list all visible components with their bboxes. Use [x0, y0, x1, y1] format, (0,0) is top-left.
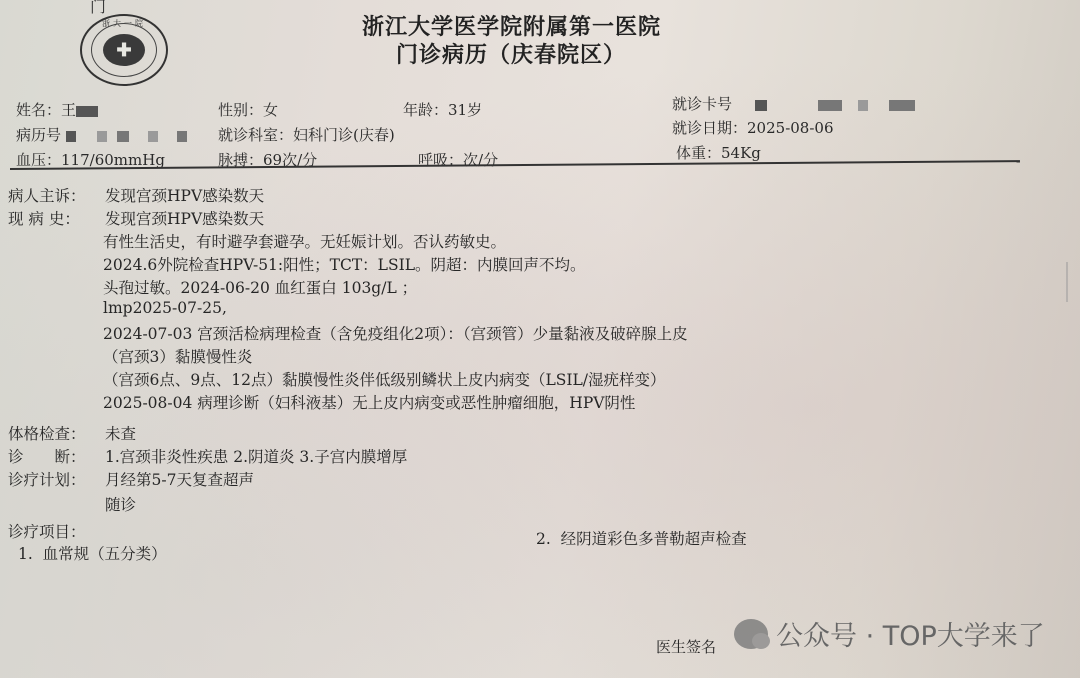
visit-date-field: 就诊日期：2025-08-06 [672, 117, 834, 138]
record-no-redaction [177, 131, 187, 142]
sex-value: 女 [263, 101, 278, 119]
present-illness-line: 发现宫颈HPV感染数天 [105, 207, 264, 229]
hospital-name: 浙江大学医学院附属第一医院 [362, 10, 661, 41]
age-value: 31岁 [448, 101, 482, 119]
diagnosis-label: 诊 断： [8, 445, 86, 467]
present-illness-line: 2024.6外院检查HPV-51:阳性；TCT：LSIL。阴超：内膜回声不均。 [103, 253, 586, 275]
sex-field: 性别：女 [218, 99, 278, 120]
present-illness-label: 现 病 史： [8, 207, 80, 229]
name-value: 王 [61, 101, 76, 119]
present-illness-line: lmp2025-07-25, [103, 299, 227, 317]
name-redaction [76, 106, 98, 117]
age-label: 年龄： [403, 101, 448, 119]
item-name: 经阴道彩色多普勒超声检查 [561, 530, 747, 548]
item-name: 血常规（五分类） [43, 545, 167, 563]
chief-complaint-text: 发现宫颈HPV感染数天 [105, 184, 264, 206]
weight-value: 54Kg [721, 144, 761, 162]
hospital-seal-icon: 浙大一院 ✚ [80, 14, 168, 86]
department-label: 就诊科室： [218, 126, 293, 144]
card-no-redaction [858, 100, 868, 111]
department-value: 妇科门诊(庆春) [293, 126, 395, 144]
present-illness-line: （宫颈3）黏膜慢性炎 [103, 345, 252, 367]
physical-exam-text: 未查 [105, 422, 136, 444]
record-no-redaction [97, 131, 107, 142]
record-no-redaction [148, 131, 158, 142]
doctor-signature-label: 医生签名 [656, 636, 716, 657]
item-number: 2. [536, 530, 551, 548]
card-no-redaction [755, 100, 767, 111]
bp-label: 血压： [16, 151, 61, 169]
record-no-redaction [117, 131, 129, 142]
item-1: 1. 血常规（五分类） [18, 542, 167, 564]
wechat-icon [734, 619, 768, 649]
item-number: 1. [18, 545, 33, 563]
diagnosis-text: 1.宫颈非炎性疾患 2.阴道炎 3.子宫内膜增厚 [105, 445, 407, 467]
record-no-label: 病历号 [16, 126, 61, 144]
resp-field: 呼吸：次/分 [418, 149, 498, 170]
present-illness-line: 头孢过敏。2024-06-20 血红蛋白 103g/L ； [103, 276, 417, 298]
seal-ring-text: 浙大一院 [82, 18, 166, 29]
seal-ring: ✚ [91, 23, 157, 77]
name-field: 姓名：王 [16, 99, 104, 120]
items-label: 诊疗项目： [8, 520, 86, 542]
department-field: 就诊科室：妇科门诊(庆春) [218, 124, 395, 145]
weight-label: 体重： [676, 144, 721, 162]
record-title: 门诊病历（庆春院区） [396, 38, 626, 69]
watermark-text: 公众号 · TOP大学来了 [776, 614, 1045, 653]
chief-complaint-label: 病人主诉： [8, 184, 86, 206]
record-no-field: 病历号 [16, 124, 193, 145]
plan-line: 随诊 [105, 493, 136, 515]
visit-date-label: 就诊日期： [672, 119, 747, 137]
sex-label: 性别： [218, 101, 263, 119]
plan-label: 诊疗计划： [8, 468, 86, 490]
card-no-redaction [889, 100, 915, 111]
name-label: 姓名： [16, 101, 61, 119]
cross-snake-emblem-icon: ✚ [103, 34, 145, 66]
card-no-field: 就诊卡号 [672, 93, 921, 114]
plan-line: 月经第5-7天复查超声 [105, 468, 254, 490]
record-no-redaction [66, 131, 76, 142]
physical-exam-label: 体格检查： [8, 422, 86, 444]
card-no-label: 就诊卡号 [672, 95, 732, 113]
item-2: 2. 经阴道彩色多普勒超声检查 [536, 527, 747, 549]
visit-date-value: 2025-08-06 [747, 119, 833, 137]
top-corner-fragment: 门 [90, 0, 106, 17]
present-illness-line: 2025-08-04 病理诊断（妇科液基）无上皮内病变或恶性肿瘤细胞，HPV阴性 [103, 391, 635, 413]
card-no-redaction [818, 100, 842, 111]
weight-field: 体重：54Kg [676, 142, 761, 163]
present-illness-line: 2024-07-03 宫颈活检病理检查（含免疫组化2项）：（宫颈管）少量黏液及破… [103, 322, 688, 344]
watermark: 公众号 · TOP大学来了 [734, 614, 1045, 653]
present-illness-line: 有性生活史，有时避孕套避孕。无妊娠计划。否认药敏史。 [103, 230, 506, 252]
paper-edge-mark [1066, 262, 1068, 302]
age-field: 年龄：31岁 [403, 99, 482, 120]
present-illness-line: （宫颈6点、9点、12点）黏膜慢性炎伴低级别鳞状上皮内病变（LSIL/湿疣样变） [103, 368, 666, 390]
